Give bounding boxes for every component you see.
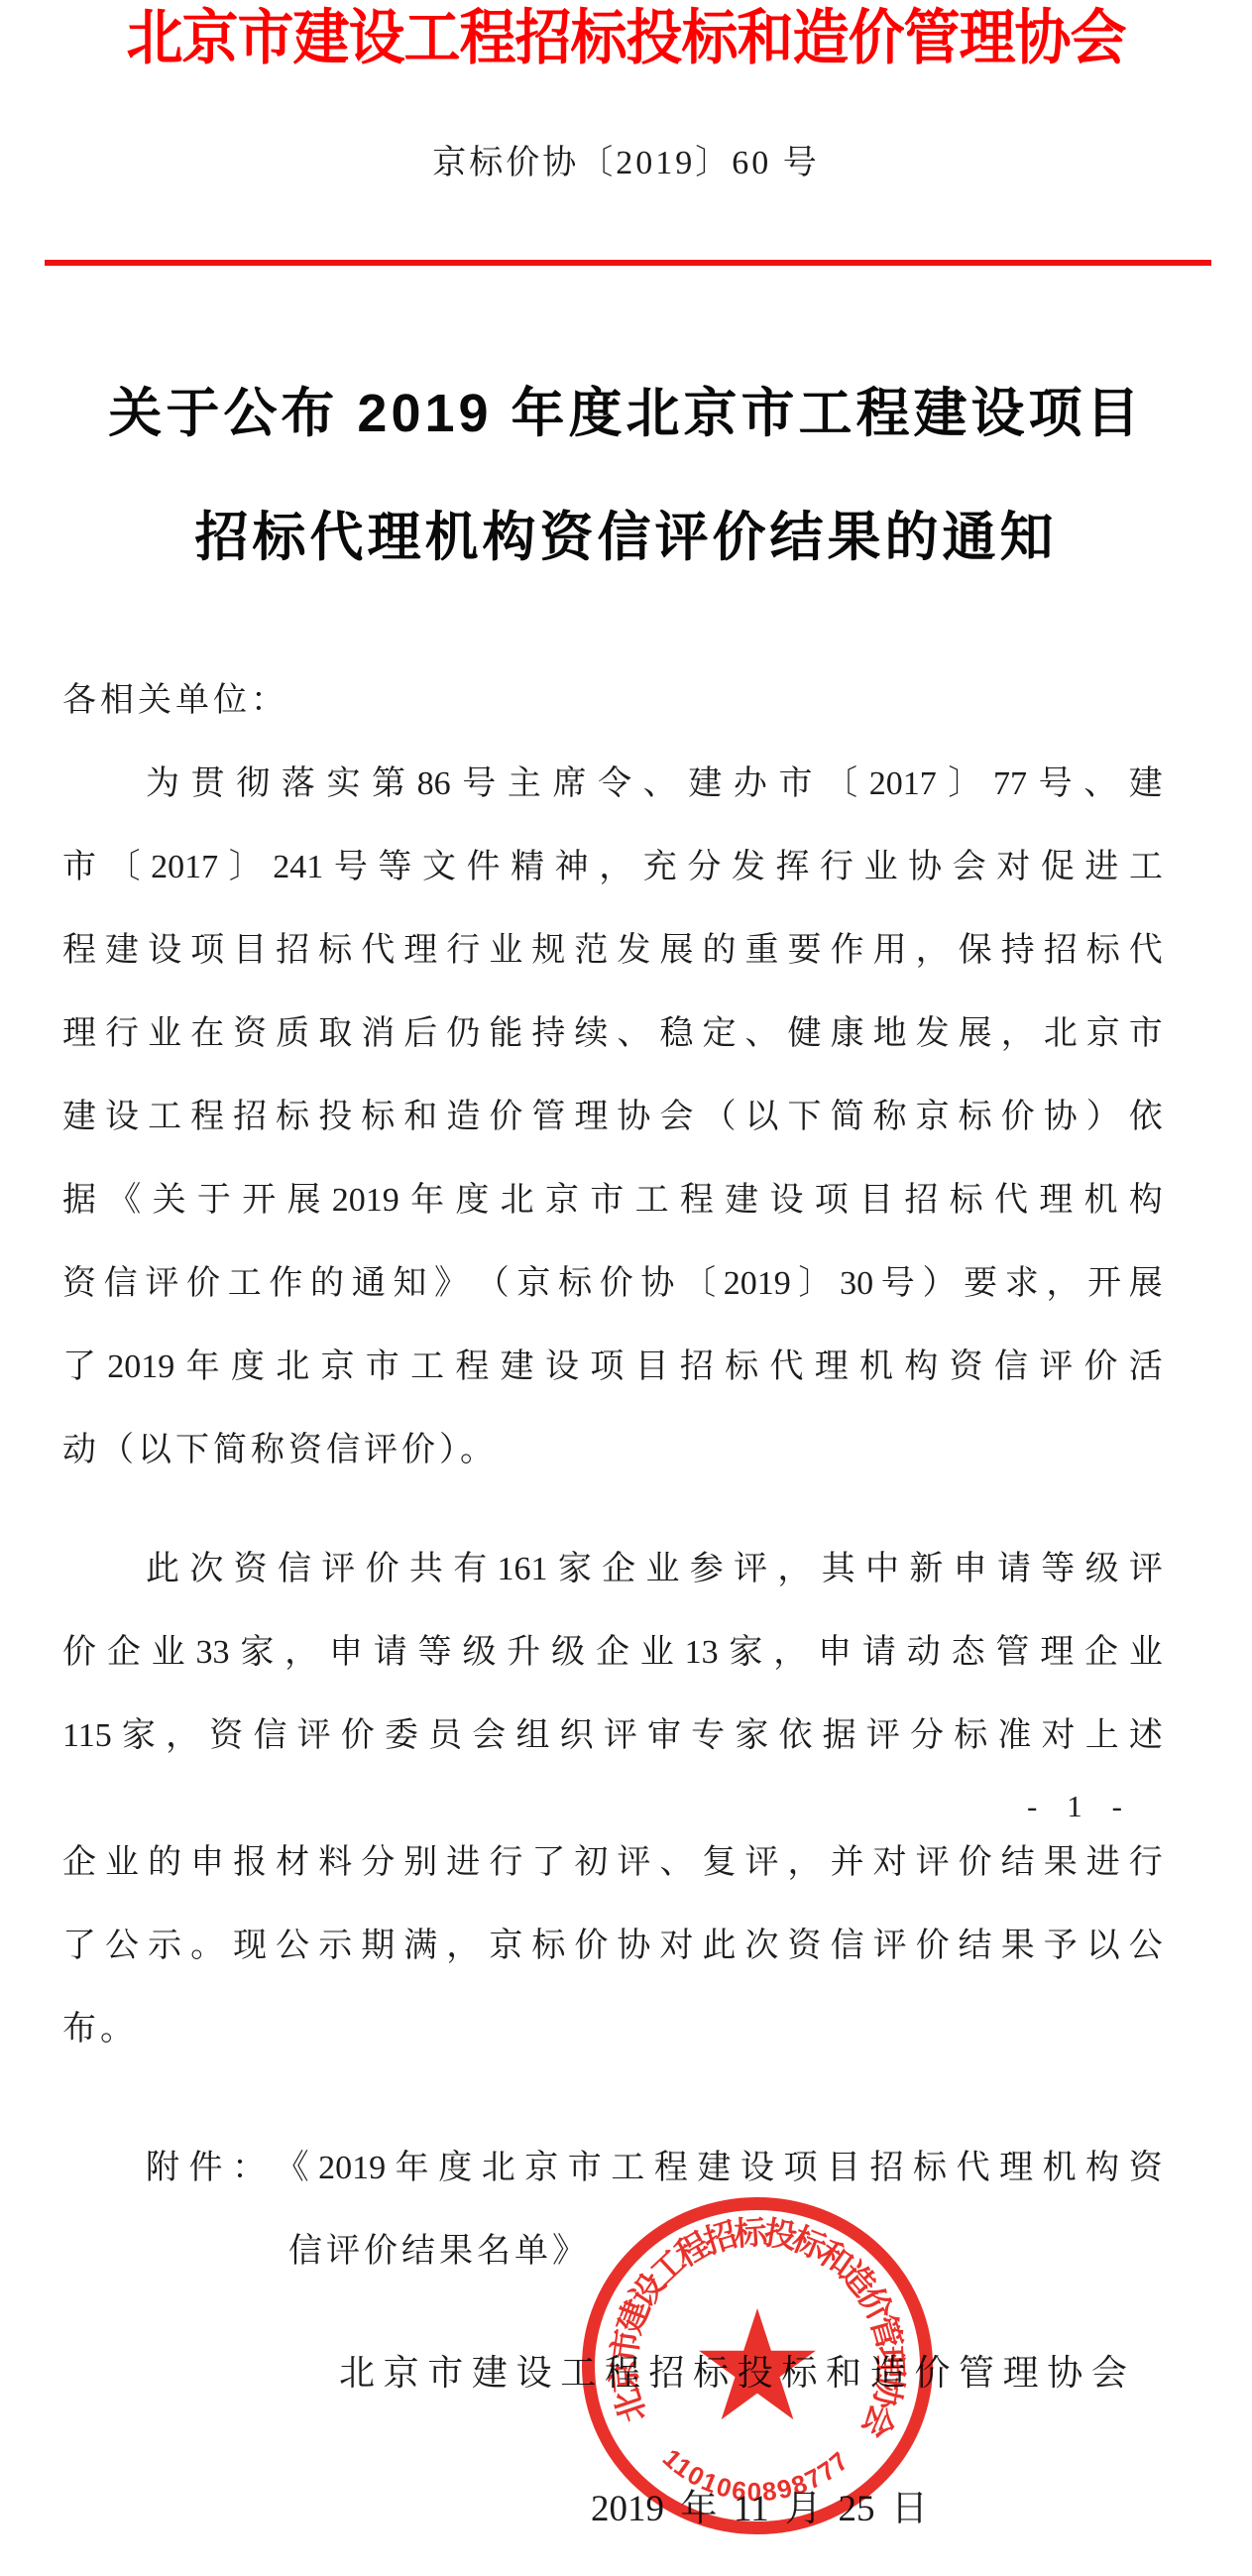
glyph: 评 xyxy=(745,1821,779,1905)
glyph: 会 xyxy=(953,826,986,909)
glyph: 果 xyxy=(1001,1905,1035,1988)
glyph: 京 xyxy=(545,1159,579,1242)
glyph: 以 xyxy=(1086,1905,1120,1988)
glyph: 价 xyxy=(186,1242,220,1326)
glyph: 京 xyxy=(524,2127,558,2210)
glyph: 健 xyxy=(788,993,822,1076)
glyph: 设 xyxy=(105,1076,139,1159)
glyph: 升 xyxy=(507,1611,540,1695)
glyph: 落 xyxy=(282,743,315,826)
glyph: 招 xyxy=(1044,909,1078,993)
glyph: 年 xyxy=(396,2127,429,2210)
body-line: 价企业33家，申请等级升级企业13家，申请动态管理企业 xyxy=(62,1611,1163,1695)
glyph: 2019 xyxy=(332,1159,399,1242)
official-seal: 北京市建设工程招标投标和造价管理协会 1101060898777 xyxy=(582,2197,933,2534)
glyph: 〔 xyxy=(824,743,857,826)
glyph: 号 xyxy=(462,743,496,826)
glyph: 知 xyxy=(393,1242,426,1326)
body-line: 建设工程招标投标和造价管理协会（以下简称京标价协）依 xyxy=(62,1076,1163,1159)
glyph: 满 xyxy=(403,1905,437,1988)
glyph: 通 xyxy=(352,1242,386,1326)
glyph: 招 xyxy=(233,1076,267,1159)
glyph: ， xyxy=(773,1611,807,1695)
glyph: 令 xyxy=(598,743,631,826)
glyph: 企 xyxy=(602,1528,635,1611)
body-line: 了2019年度北京市工程建设项目招标代理机构资信评价活 xyxy=(62,1326,1163,1409)
glyph: 程 xyxy=(455,1326,489,1409)
glyph: 评 xyxy=(297,1695,331,1778)
glyph: 标 xyxy=(1086,909,1120,993)
glyph: 协 xyxy=(640,1242,674,1326)
glyph: 活 xyxy=(1129,1326,1163,1409)
glyph: 参 xyxy=(690,1528,724,1611)
glyph: 企 xyxy=(107,1611,141,1695)
glyph: 业 xyxy=(105,1821,139,1905)
glyph: 理 xyxy=(62,993,96,1076)
glyph: 投 xyxy=(318,1076,352,1159)
glyph: 文 xyxy=(422,826,456,909)
glyph: 请 xyxy=(997,1528,1031,1611)
glyph: 期 xyxy=(361,1905,395,1988)
glyph: 价 xyxy=(489,1076,522,1159)
glyph: 标 xyxy=(725,1326,758,1409)
red-divider-line xyxy=(45,260,1211,266)
glyph: 京 xyxy=(916,1076,950,1159)
seal-code: 1101060898777 xyxy=(657,2443,855,2507)
glyph: 共 xyxy=(409,1528,443,1611)
body-line: 据《关于开展2019年度北京市工程建设项目招标代理机构 xyxy=(62,1159,1163,1242)
glyph: 评 xyxy=(866,1695,900,1778)
glyph: 〕 xyxy=(948,743,981,826)
glyph: 申 xyxy=(818,1611,852,1695)
glyph: - xyxy=(1112,1785,1122,1828)
glyph: 2019 xyxy=(107,1326,174,1409)
glyph: 号 xyxy=(1039,743,1073,826)
glyph: 市 xyxy=(366,1326,399,1409)
glyph: 资 xyxy=(209,1695,243,1778)
glyph: 建 xyxy=(1129,743,1163,826)
glyph: 信 xyxy=(278,1528,311,1611)
glyph: 标 xyxy=(318,909,352,993)
glyph: 造 xyxy=(446,1076,480,1159)
glyph: 《 xyxy=(276,2127,309,2210)
glyph: 京 xyxy=(384,2348,419,2398)
glyph: 进 xyxy=(1086,1821,1120,1905)
glyph: 京 xyxy=(1086,993,1120,1076)
glyph: 新 xyxy=(909,1528,943,1611)
glyph: 度 xyxy=(455,1159,489,1242)
glyph: 标 xyxy=(950,1159,983,1242)
glyph: 公 xyxy=(1129,1905,1163,1988)
glyph: 评 xyxy=(1129,1528,1163,1611)
glyph: 委 xyxy=(385,1695,418,1778)
glyph: 管 xyxy=(995,1611,1029,1695)
glyph: 关 xyxy=(153,1159,186,1242)
glyph: 公 xyxy=(276,1905,309,1988)
glyph: 资 xyxy=(788,1905,822,1988)
document-page: 北京市建设工程招标投标和造价管理协会 京标价协〔2019〕60 号 关于公布 2… xyxy=(0,0,1252,2576)
glyph: 级 xyxy=(1085,1528,1119,1611)
glyph: 下 xyxy=(788,1076,822,1159)
glyph: 机 xyxy=(1084,1159,1118,1242)
glyph: 家 xyxy=(735,1695,768,1778)
glyph: 取 xyxy=(318,993,352,1076)
glyph: 市 xyxy=(62,826,96,909)
body-line: 115家，资信评价委员会组织评审专家依据评分标准对上述 xyxy=(62,1695,1163,1778)
glyph: ， xyxy=(599,826,632,909)
glyph: 161 xyxy=(498,1528,548,1611)
glyph: 工 xyxy=(635,1159,669,1242)
glyph: 家 xyxy=(122,1695,156,1778)
glyph: 86 xyxy=(417,743,451,826)
glyph: 信 xyxy=(994,1326,1028,1409)
notice-title-line2: 招标代理机构资信评价结果的通知 xyxy=(0,476,1252,600)
glyph: 第 xyxy=(372,743,405,826)
glyph: 展 xyxy=(1129,1242,1163,1326)
glyph: 。 xyxy=(190,1905,224,1988)
glyph: 以 xyxy=(745,1076,779,1159)
glyph: 《 xyxy=(107,1159,141,1242)
glyph: 〕 xyxy=(229,826,263,909)
glyph: 地 xyxy=(873,993,907,1076)
glyph: 专 xyxy=(691,1695,725,1778)
glyph: 彻 xyxy=(236,743,270,826)
glyph: 企 xyxy=(596,1611,629,1695)
glyph: 展 xyxy=(959,993,992,1076)
glyph: 2017 xyxy=(151,826,218,909)
glyph: 号 xyxy=(881,1242,915,1326)
glyph: 稳 xyxy=(659,993,693,1076)
glyph: - xyxy=(1027,1785,1037,1828)
glyph: 评 xyxy=(145,1242,178,1326)
glyph: 、 xyxy=(659,1821,693,1905)
glyph: 能 xyxy=(489,993,522,1076)
glyph: 业 xyxy=(864,826,898,909)
glyph: 目 xyxy=(635,1326,669,1409)
glyph: 价 xyxy=(1084,1326,1118,1409)
glyph: 工 xyxy=(228,1242,262,1326)
glyph: 依 xyxy=(1129,1076,1163,1159)
glyph: 附 xyxy=(146,2127,179,2210)
glyph: 标 xyxy=(276,1076,309,1159)
glyph: 理 xyxy=(1039,1159,1073,1242)
glyph: 资 xyxy=(1129,2127,1163,2210)
document-number: 京标价协〔2019〕60 号 xyxy=(0,139,1252,188)
glyph: 目 xyxy=(859,1159,893,1242)
glyph: 申 xyxy=(329,1611,363,1695)
glyph: 申 xyxy=(190,1821,224,1905)
glyph: 的 xyxy=(148,1821,181,1905)
glyph: 主 xyxy=(508,743,541,826)
glyph: 评 xyxy=(1039,1326,1073,1409)
glyph: 资 xyxy=(234,1528,268,1611)
glyph: 企 xyxy=(1084,1611,1118,1695)
glyph: 果 xyxy=(1044,1821,1078,1905)
glyph: 规 xyxy=(531,909,565,993)
glyph: 协 xyxy=(908,826,942,909)
glyph: 并 xyxy=(831,1821,864,1905)
glyph: 和 xyxy=(403,1076,437,1159)
glyph: 中 xyxy=(865,1528,899,1611)
glyph: 市 xyxy=(1129,993,1163,1076)
glyph: 动 xyxy=(907,1611,941,1695)
glyph: 示 xyxy=(318,1905,352,1988)
glyph: 理 xyxy=(1040,1611,1074,1695)
glyph: 对 xyxy=(996,826,1030,909)
glyph: 发 xyxy=(916,993,950,1076)
glyph: 、 xyxy=(617,993,650,1076)
glyph: 等 xyxy=(418,1611,452,1695)
glyph: 度 xyxy=(438,2127,472,2210)
body-line: 资信评价工作的通知》（京标价协〔2019〕30号）要求，开展 xyxy=(62,1242,1163,1326)
glyph: 设 xyxy=(769,1159,803,1242)
letterhead-org-title: 北京市建设工程招标投标和造价管理协会 xyxy=(0,0,1252,80)
glyph: 资 xyxy=(233,993,267,1076)
glyph: 代 xyxy=(769,1326,803,1409)
glyph: 神 xyxy=(555,826,589,909)
glyph: 建 xyxy=(501,1326,534,1409)
glyph: 协 xyxy=(617,1905,650,1988)
glyph: 代 xyxy=(1129,909,1163,993)
glyph: 信 xyxy=(253,1695,286,1778)
body-line: 市〔2017〕241号等文件精神，充分发挥行业协会对促进工 xyxy=(62,826,1163,909)
glyph: 家 xyxy=(729,1611,762,1695)
glyph: 代 xyxy=(361,909,395,993)
glyph: 分 xyxy=(361,1821,395,1905)
body-text: 各相关单位： 为贯彻落实第86号主席令、建办市〔2017〕77号、建 市〔201… xyxy=(62,659,1163,2071)
body-line: 企业的申报材料分别进行了初评、复评，并对评价结果进行 xyxy=(62,1821,1163,1905)
glyph: 申 xyxy=(954,1528,987,1611)
glyph: 材 xyxy=(276,1821,309,1905)
glyph: 标 xyxy=(959,1076,992,1159)
glyph: 会 xyxy=(659,1076,693,1159)
glyph: 设 xyxy=(148,909,181,993)
glyph: 项 xyxy=(815,1159,849,1242)
glyph: 续 xyxy=(574,993,608,1076)
glyph: 北 xyxy=(501,1159,534,1242)
glyph: 充 xyxy=(643,826,677,909)
glyph: 家 xyxy=(558,1528,592,1611)
glyph: ， xyxy=(1046,1242,1080,1326)
glyph: 京 xyxy=(516,1242,550,1326)
glyph: 价 xyxy=(574,1905,608,1988)
glyph: 评 xyxy=(604,1695,637,1778)
glyph: 企 xyxy=(62,1821,96,1905)
notice-title-line1: 关于公布 2019 年度北京市工程建设项目 xyxy=(0,352,1252,476)
glyph: 持 xyxy=(1001,909,1035,993)
glyph: ， xyxy=(166,1695,199,1778)
glyph: 示 xyxy=(148,1905,181,1988)
glyph: 程 xyxy=(680,1159,714,1242)
glyph: 度 xyxy=(231,1326,265,1409)
glyph: （ xyxy=(476,1242,510,1326)
glyph: 77 xyxy=(993,743,1027,826)
glyph: 建 xyxy=(688,743,722,826)
glyph: 次 xyxy=(189,1528,223,1611)
glyph: 、 xyxy=(1083,743,1117,826)
glyph: 信 xyxy=(831,1905,864,1988)
glyph: 其 xyxy=(822,1528,855,1611)
glyph: 称 xyxy=(873,1076,907,1159)
glyph: 理 xyxy=(403,909,437,993)
glyph: 北 xyxy=(276,1326,309,1409)
notice-title: 关于公布 2019 年度北京市工程建设项目 招标代理机构资信评价结果的通知 xyxy=(0,352,1252,600)
glyph: 信 xyxy=(104,1242,138,1326)
glyph: 贯 xyxy=(191,743,225,826)
glyph: 别 xyxy=(403,1821,437,1905)
glyph: 织 xyxy=(560,1695,594,1778)
glyph: 席 xyxy=(552,743,586,826)
glyph: 要 xyxy=(964,1242,997,1326)
glyph: 对 xyxy=(1042,1695,1076,1778)
glyph: ， xyxy=(916,909,950,993)
glyph: 了 xyxy=(62,1326,96,1409)
glyph: 京 xyxy=(320,1326,354,1409)
glyph: ： xyxy=(232,2127,266,2210)
glyph: 理 xyxy=(1003,2348,1039,2398)
glyph: 对 xyxy=(659,1905,693,1988)
glyph: 管 xyxy=(959,2348,994,2398)
glyph: 范 xyxy=(574,909,608,993)
glyph: 价 xyxy=(916,1905,950,1988)
glyph: 构 xyxy=(1085,2127,1119,2210)
glyph: 行 xyxy=(446,909,480,993)
glyph: 价 xyxy=(959,1821,992,1905)
glyph: 组 xyxy=(515,1695,549,1778)
glyph: 设 xyxy=(545,1326,579,1409)
glyph: 设 xyxy=(516,2348,552,2398)
glyph: 作 xyxy=(269,1242,302,1326)
glyph: 协 xyxy=(1044,1076,1078,1159)
glyph: 家 xyxy=(240,1611,274,1695)
glyph: 展 xyxy=(659,909,693,993)
glyph: 招 xyxy=(904,1159,938,1242)
glyph: 115 xyxy=(62,1695,112,1778)
glyph: 价 xyxy=(341,1695,375,1778)
salutation: 各相关单位： xyxy=(62,659,1163,743)
glyph: 北 xyxy=(1044,993,1078,1076)
glyph: 态 xyxy=(952,1611,985,1695)
body-line: 动（以下简称资信评价）。 xyxy=(62,1409,1163,1492)
body-line: 为贯彻落实第86号主席令、建办市〔2017〕77号、建 xyxy=(62,743,1163,826)
glyph: 准 xyxy=(997,1695,1031,1778)
glyph: ， xyxy=(788,1821,822,1905)
glyph: 项 xyxy=(590,1326,624,1409)
glyph: 保 xyxy=(959,909,992,993)
glyph: 挥 xyxy=(775,826,809,909)
glyph: （ xyxy=(702,1076,736,1159)
glyph: 审 xyxy=(647,1695,681,1778)
glyph: 要 xyxy=(788,909,822,993)
glyph: 程 xyxy=(62,909,96,993)
glyph: 评 xyxy=(873,1905,907,1988)
glyph: ） xyxy=(1086,1076,1120,1159)
glyph: 分 xyxy=(910,1695,944,1778)
glyph: 建 xyxy=(472,2348,508,2398)
glyph: 33 xyxy=(195,1611,229,1695)
glyph: 建 xyxy=(725,1159,758,1242)
glyph: 定 xyxy=(702,993,736,1076)
glyph: 项 xyxy=(190,909,224,993)
body-line: 布。 xyxy=(62,1988,1163,2071)
glyph: 消 xyxy=(361,993,395,1076)
glyph: 2017 xyxy=(869,743,937,826)
glyph: 后 xyxy=(403,993,437,1076)
glyph: 工 xyxy=(1129,826,1163,909)
glyph: 在 xyxy=(190,993,224,1076)
glyph: 料 xyxy=(318,1821,352,1905)
glyph: 发 xyxy=(732,826,765,909)
glyph: 复 xyxy=(702,1821,736,1905)
glyph: 标 xyxy=(531,1905,565,1988)
glyph: 行 xyxy=(820,826,854,909)
glyph: 作 xyxy=(831,909,864,993)
glyph: 》 xyxy=(434,1242,468,1326)
glyph: 分 xyxy=(687,826,721,909)
glyph: ， xyxy=(446,1905,480,1988)
glyph: 协 xyxy=(617,1076,650,1159)
glyph: 简 xyxy=(831,1076,864,1159)
glyph: 〔 xyxy=(682,1242,716,1326)
body-line: 此次资信评价共有161家企业参评，其中新申请等级评 xyxy=(62,1528,1163,1611)
glyph: 标 xyxy=(954,1695,987,1778)
glyph: 业 xyxy=(645,1528,679,1611)
glyph: 业 xyxy=(640,1611,674,1695)
glyph: 结 xyxy=(1001,1821,1035,1905)
glyph: 业 xyxy=(489,909,522,993)
glyph: 进 xyxy=(446,1821,480,1905)
glyph: 等 xyxy=(378,826,411,909)
glyph: ， xyxy=(285,1611,318,1695)
body-line: 程建设项目招标代理行业规范发展的重要作用，保持招标代 xyxy=(62,909,1163,993)
glyph: 的 xyxy=(702,909,736,993)
glyph: 评 xyxy=(916,1821,950,1905)
glyph: 目 xyxy=(233,909,267,993)
glyph: 了 xyxy=(62,1905,96,1988)
glyph: 工 xyxy=(148,1076,181,1159)
glyph: 等 xyxy=(1041,1528,1075,1611)
glyph: 述 xyxy=(1129,1695,1163,1778)
glyph: 依 xyxy=(779,1695,813,1778)
glyph: 资 xyxy=(950,1326,983,1409)
glyph: 请 xyxy=(374,1611,407,1695)
glyph: 行 xyxy=(105,993,139,1076)
glyph: 建 xyxy=(62,1076,96,1159)
glyph: 件 xyxy=(467,826,501,909)
glyph: 价 xyxy=(600,1242,633,1326)
glyph: 开 xyxy=(1087,1242,1121,1326)
glyph: 行 xyxy=(1129,1821,1163,1905)
glyph: 会 xyxy=(1091,2348,1127,2398)
glyph: 理 xyxy=(574,1076,608,1159)
glyph: 30 xyxy=(840,1242,873,1326)
glyph: 开 xyxy=(242,1159,276,1242)
glyph: 北 xyxy=(339,2348,375,2398)
glyph: 2019 xyxy=(724,1242,791,1326)
glyph: ， xyxy=(777,1528,811,1611)
glyph: 办 xyxy=(734,743,767,826)
glyph: 程 xyxy=(190,1076,224,1159)
glyph: 理 xyxy=(999,2127,1033,2210)
glyph: 标 xyxy=(558,1242,592,1326)
glyph: 上 xyxy=(1085,1695,1119,1778)
glyph: 管 xyxy=(531,1076,565,1159)
glyph: 241 xyxy=(273,826,323,909)
glyph: 理 xyxy=(815,1326,849,1409)
glyph: 次 xyxy=(745,1905,779,1988)
glyph: 资 xyxy=(62,1242,96,1326)
glyph: 北 xyxy=(482,2127,515,2210)
